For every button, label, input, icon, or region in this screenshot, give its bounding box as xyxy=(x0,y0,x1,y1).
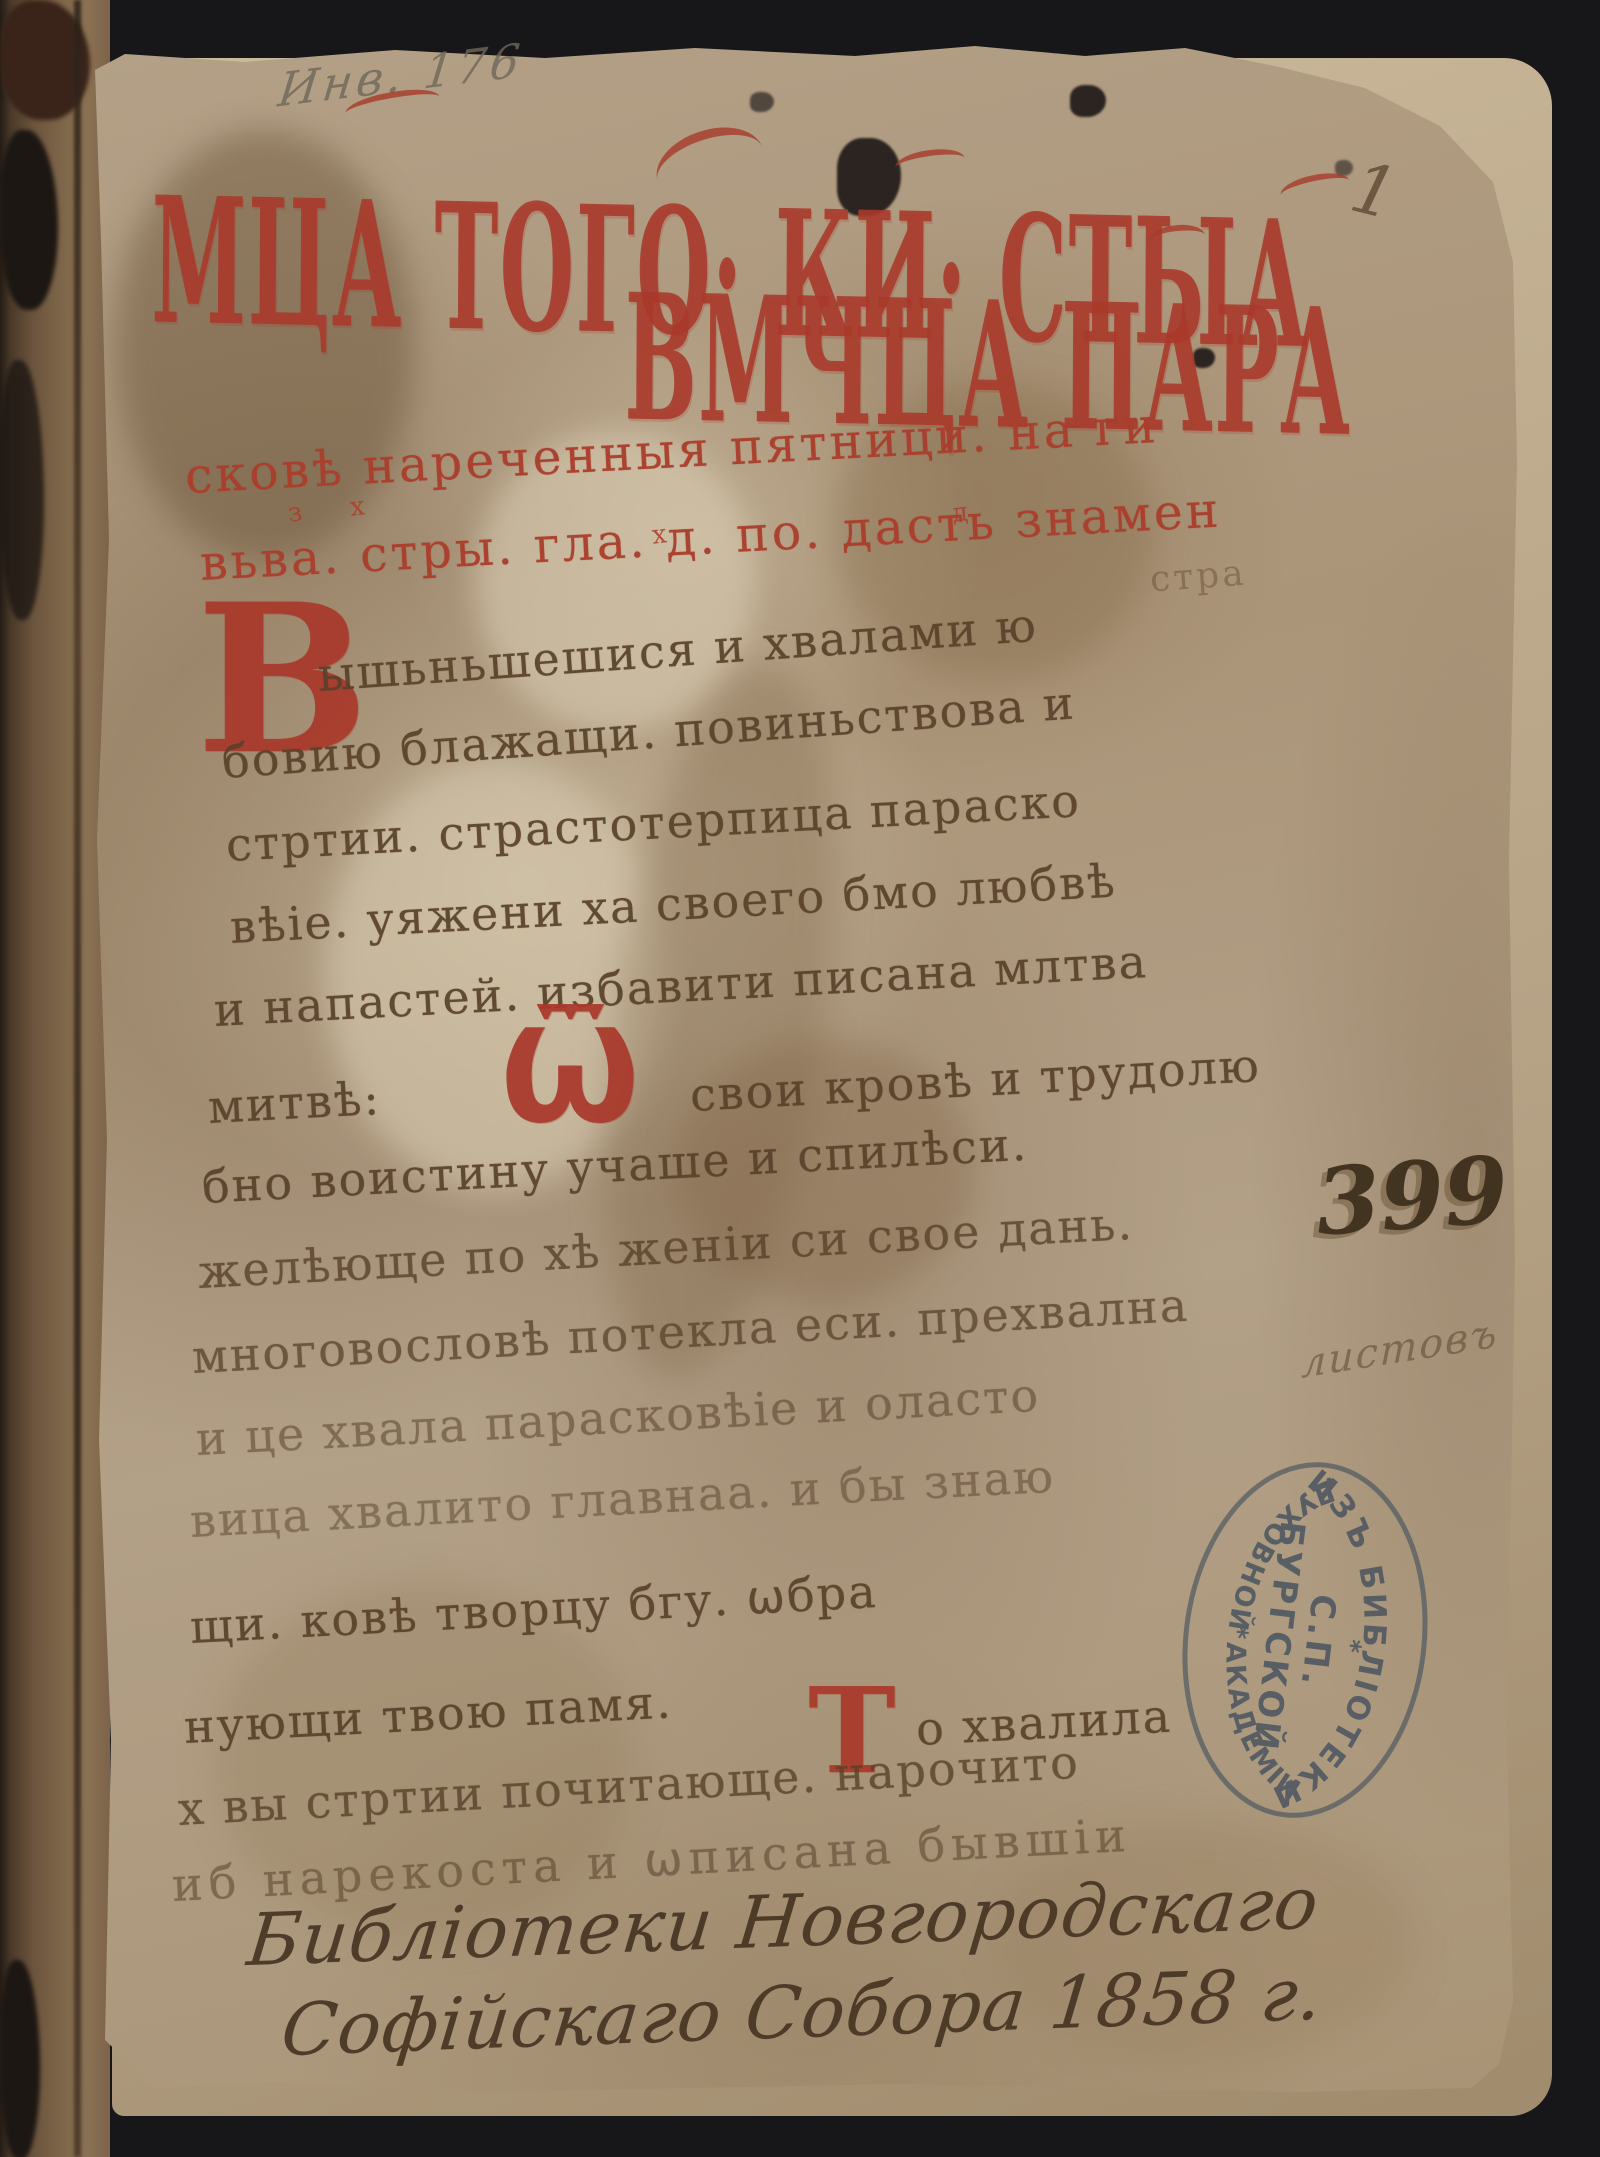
rubric-superscript: д xyxy=(950,497,969,529)
stamp-star-top: * xyxy=(1335,1637,1366,1655)
initial-letter-Ot: Ѿ xyxy=(500,1020,640,1135)
leaf-count-number: 399 xyxy=(1312,1135,1511,1256)
fold-crease xyxy=(74,0,81,2157)
body-line: митвѣ: xyxy=(207,1071,383,1134)
library-stamp: ИЗЪ БИБЛІОТЕКИ ДУХОВНОЙ АКАДЕМІИ * С.П. … xyxy=(1153,1436,1457,1845)
ink-blot xyxy=(750,92,774,112)
book-spine xyxy=(0,0,110,2157)
library-stamp-svg: ИЗЪ БИБЛІОТЕКИ ДУХОВНОЙ АКАДЕМІИ * С.П. … xyxy=(1153,1436,1457,1845)
rubric-superscript: х xyxy=(348,491,366,522)
ink-blot xyxy=(1070,85,1106,117)
margin-note: стра xyxy=(1149,553,1248,601)
rubric-superscript: х xyxy=(650,519,668,550)
manuscript-scan: Инв. 176 1 МЦА ТОГО· КИ· СТЫА ВМЧЦА ПАРА… xyxy=(0,0,1600,2157)
rubric-superscript: з xyxy=(286,497,303,528)
